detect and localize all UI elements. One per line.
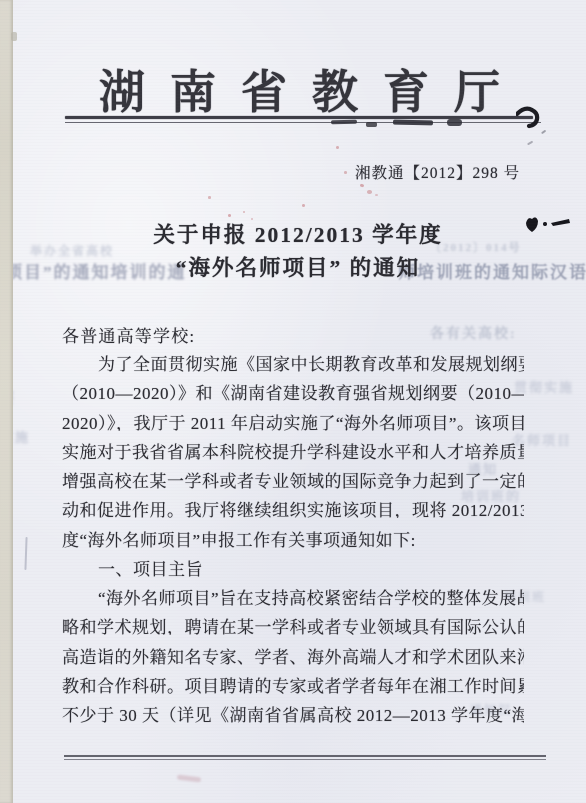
red-speck <box>360 183 365 187</box>
notice-title-line2: “海外名师项目” 的通知 <box>10 251 586 282</box>
footer-divider <box>64 755 546 757</box>
scan-edge <box>0 0 13 803</box>
body-line: 增强高校在某一学科或者专业领域的国际竞争力起到了一定的推 <box>62 467 524 489</box>
ink-smudge <box>331 120 357 124</box>
ink-smudge <box>366 122 377 127</box>
body-line: 略和学术规划，聘请在某一学科或者专业领域具有国际公认的较 <box>62 613 524 635</box>
red-speck <box>208 196 211 199</box>
body-line: “海外名师项目”旨在支持高校紧密结合学校的整体发展战 <box>62 584 524 606</box>
salutation: 各普通高等学校: <box>62 322 195 347</box>
footer-divider-thin <box>64 759 546 761</box>
agency-name: 湖南省教育厅 <box>99 56 559 122</box>
document-number: 湘教通【2012】298 号 <box>355 161 520 183</box>
body-line: 动和促进作用。我厅将继续组织实施该项目，现将 2012/2013 年 <box>62 496 524 518</box>
ink-smudge <box>447 119 462 126</box>
body-line: 教和合作科研。项目聘请的专家或者学者每年在湘工作时间累计 <box>62 672 524 694</box>
body-line: 不少于 30 天（详见《湖南省省属高校 2012—2013 学年度“海外 <box>62 701 524 723</box>
body-line: 实施对于我省省属本科院校提升学科建设水平和人才培养质量， <box>62 438 524 460</box>
red-speck <box>243 211 245 213</box>
scan-edge-notch <box>11 32 17 41</box>
letterhead-divider <box>65 116 533 119</box>
body-line: 2020）》，我厅于 2011 年启动实施了“海外名师项目”。该项目的 <box>62 409 524 431</box>
red-speck <box>336 146 339 149</box>
scan-mark <box>527 141 533 145</box>
red-speck <box>228 214 231 217</box>
notice-title-line1: 关于申报 2012/2013 学年度 <box>10 218 586 249</box>
bleedthrough-text: 各有关高校: <box>430 323 517 343</box>
body-line: 为了全面贯彻实施《国家中长期教育改革和发展规划纲要 <box>62 350 524 372</box>
pink-smudge <box>177 775 201 783</box>
body-line: （2010—2020）》和《湖南省建设教育强省规划纲要（2010— <box>62 379 524 401</box>
red-speck <box>302 204 305 207</box>
red-speck <box>375 194 378 196</box>
pen-line-artifact <box>24 537 27 570</box>
red-speck <box>344 171 347 174</box>
section-heading: 一、项目主旨 <box>62 555 524 577</box>
body-line: 高造诣的外籍知名专家、学者、海外高端人才和学术团队来湘任 <box>62 643 524 665</box>
red-speck <box>367 190 372 194</box>
letterhead-divider-thin <box>65 122 541 123</box>
body-line: 度“海外名师项目”申报工作有关事项通知如下: <box>62 526 524 548</box>
ink-smudge <box>393 120 433 126</box>
handwritten-ink-mark <box>524 215 572 235</box>
scanned-document-page: 班项目”的通知培训的通 师培训班的通知际汉语 〔2012〕014号 举办全省高校… <box>0 0 586 803</box>
